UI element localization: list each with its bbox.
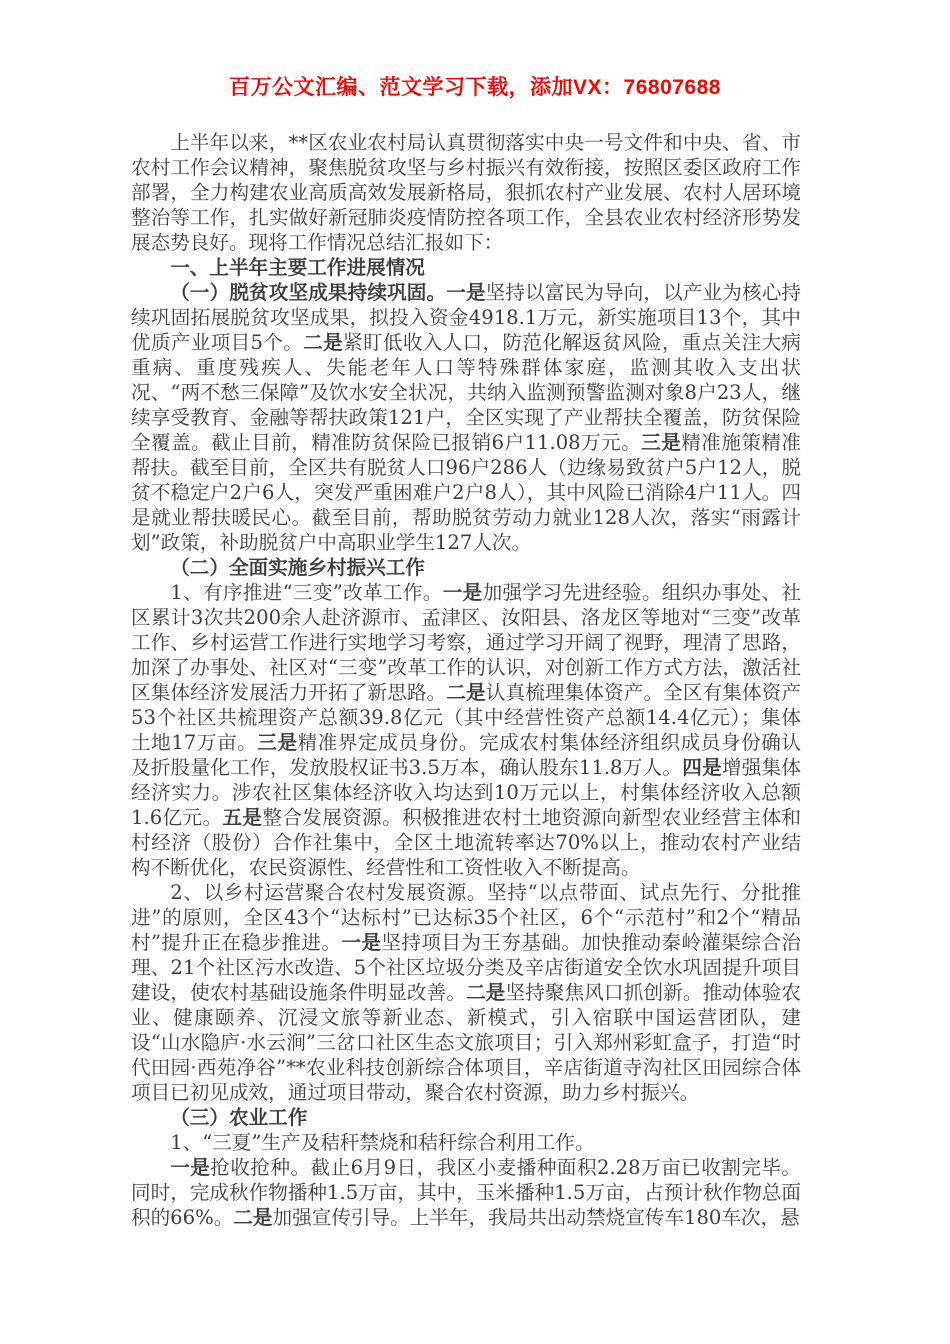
document-body: 上半年以来，**区农业农村局认真贯彻落实中央一号文件和中央、省、市农村工作会议精… bbox=[131, 130, 801, 1230]
text-run: 三是 bbox=[641, 431, 681, 454]
promo-header: 百万公文汇编、范文学习下载，添加VX：76807688 bbox=[0, 71, 950, 101]
paragraph: 2、以乡村运营聚合农村发展资源。坚持“以点带面、试点先行、分批推进”的原则，全区… bbox=[131, 880, 801, 1105]
text-run: 一是 bbox=[341, 931, 381, 954]
text-run: 1、有序推进“三变”改革工作。 bbox=[170, 581, 443, 604]
text-run: 一、上半年主要工作进展情况 bbox=[170, 256, 425, 279]
section-heading: （三）农业工作 bbox=[131, 1105, 801, 1130]
text-run: 四是 bbox=[682, 756, 722, 779]
text-run: 一是 bbox=[443, 581, 483, 604]
paragraph: 1、“三夏”生产及秸秆禁烧和秸秆综合利用工作。 bbox=[131, 1130, 801, 1155]
text-run: （二）全面实施乡村振兴工作 bbox=[170, 556, 425, 579]
text-run: 一是 bbox=[446, 281, 485, 304]
paragraph: （一）脱贫攻坚成果持续巩固。一是坚持以富民为导向，以产业为核心持续巩固拓展脱贫攻… bbox=[131, 280, 801, 555]
text-run: 二是 bbox=[303, 331, 343, 354]
paragraph: 1、有序推进“三变”改革工作。一是加强学习先进经验。组织办事处、社区累计3次共2… bbox=[131, 580, 801, 880]
section-heading: 一、上半年主要工作进展情况 bbox=[131, 255, 801, 280]
text-run: 五是 bbox=[222, 806, 262, 829]
text-run: 加强宣传引导。上半年，我局共出动禁烧宣传车180车次，悬 bbox=[273, 1206, 800, 1229]
text-run: 三是 bbox=[257, 731, 297, 754]
text-run: （一）脱贫攻坚成果持续巩固。 bbox=[170, 281, 446, 304]
text-run: 一是 bbox=[170, 1156, 210, 1179]
text-run: 二是 bbox=[466, 981, 505, 1004]
text-run: 1、“三夏”生产及秸秆禁烧和秸秆综合利用工作。 bbox=[170, 1131, 594, 1154]
section-heading: （二）全面实施乡村振兴工作 bbox=[131, 555, 801, 580]
text-run: 上半年以来，**区农业农村局认真贯彻落实中央一号文件和中央、省、市农村工作会议精… bbox=[131, 131, 801, 254]
paragraph: 上半年以来，**区农业农村局认真贯彻落实中央一号文件和中央、省、市农村工作会议精… bbox=[131, 130, 801, 255]
text-run: 二是 bbox=[233, 1206, 272, 1229]
text-run: （三）农业工作 bbox=[170, 1106, 307, 1129]
text-run: 二是 bbox=[446, 681, 485, 704]
paragraph: 一是抢收抢种。截止6月9日，我区小麦播种面积2.28万亩已收割完毕。同时，完成秋… bbox=[131, 1155, 801, 1230]
